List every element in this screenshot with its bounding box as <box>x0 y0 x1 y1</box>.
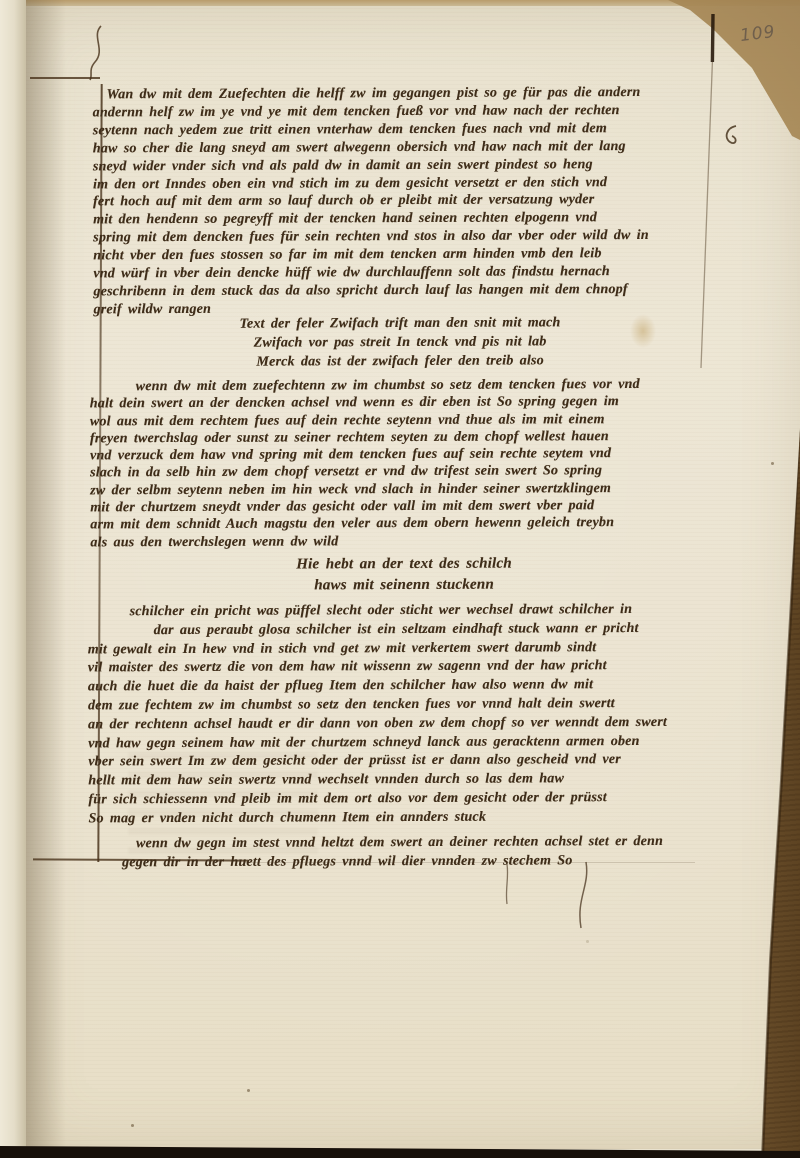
section-heading: Hie hebt an der text des schilchhaws mit… <box>232 553 576 596</box>
text-line: gegen dir in der huett des pfluegs vnnd … <box>122 851 734 872</box>
facing-page-edge <box>0 0 26 1150</box>
text-line: Text der feler Zwifach trift man den sni… <box>168 313 632 334</box>
pen-flourish-top-left <box>84 24 110 82</box>
text-line: So mag er vnden nicht durch chumenn Item… <box>88 807 730 829</box>
text-line: Wan dw mit dem Zuefechten die helff zw i… <box>106 84 726 105</box>
text-line: haws mit seinenn stuckenn <box>232 574 576 596</box>
text-line: Merck das ist der zwifach feler den trei… <box>168 351 632 372</box>
text-line: vnd haw gegn seinem haw mit der churtzem… <box>88 732 730 754</box>
text-line: spring mit dem dencken fues für sein rec… <box>93 227 727 248</box>
paragraph-2: wenn dw mit dem zuefechtenn zw im chumbs… <box>90 376 729 552</box>
text-line: Zwifach vor pas streit In tenck vnd pis … <box>168 332 632 353</box>
paper-speck <box>247 1089 250 1092</box>
paper-speck <box>771 462 774 465</box>
text-line: dar aus peraubt glosa schilcher ist ein … <box>154 619 730 640</box>
verse-couplet: Text der feler Zwifach trift man den sni… <box>168 313 632 372</box>
folio-number: 109 <box>739 22 777 46</box>
gutter-shadow <box>26 0 66 1150</box>
text-line: wenn dw gegn im stest vnnd heltzt dem sw… <box>136 833 734 854</box>
text-line: wenn dw mit dem zuefechtenn zw im chumbs… <box>136 376 728 396</box>
paragraph-4: wenn dw gegn im stest vnnd heltzt dem sw… <box>122 833 734 873</box>
paragraph-1: Wan dw mit dem Zuefechten die helff zw i… <box>92 84 727 320</box>
text-line: als aus den twerchslegen wenn dw wild <box>90 531 728 551</box>
paragraph-3: schilcher ein pricht was püffel slecht o… <box>88 601 731 829</box>
paper-speck <box>586 940 589 943</box>
text-line: Hie hebt an der text des schilch <box>232 553 576 575</box>
paper-speck <box>131 1124 134 1127</box>
manuscript-photo: 109 Wan dw mit dem Zuefechten die helff … <box>0 0 800 1158</box>
pen-descender-flourish <box>570 860 596 932</box>
text-line: an der rechtenn achsel haudt er dir dann… <box>88 713 730 735</box>
